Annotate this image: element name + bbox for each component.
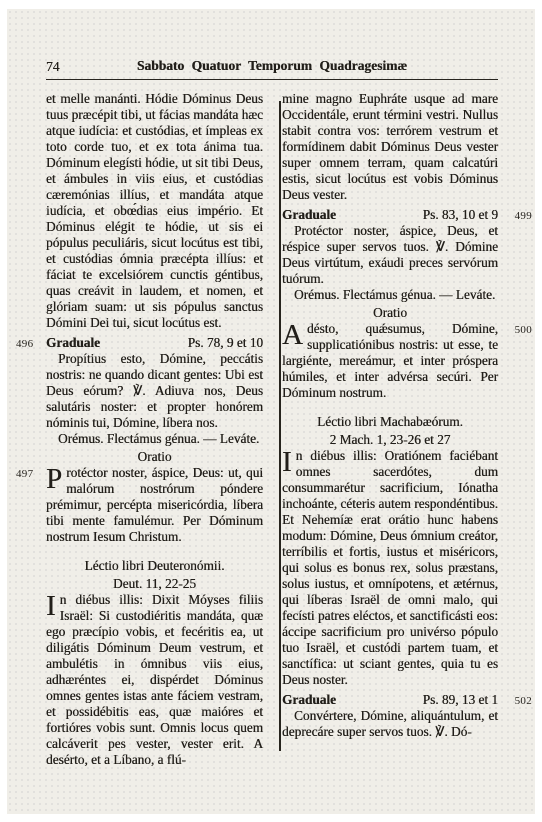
gradual-label: Graduale [46,335,100,351]
drop-cap: A [282,321,307,348]
header-rule [46,79,498,80]
paragraph-text: n diébus illis: Dixit Móyses filiis Isra… [46,592,263,767]
prayer-paragraph: In diébus illis: Dixit Móyses filiis Isr… [46,592,263,768]
left-column: et melle manánti. Hódie Dóminus Deus tuu… [46,91,263,768]
margin-number: 500 [515,322,532,338]
gradual-heading-row: GradualePs. 83, 10 et 9499 [282,207,498,223]
page-content: 74 Sabbato Quatuor Temporum Quadragesimæ… [46,58,498,768]
section-heading: 2 Mach. 1, 23-26 et 27 [282,432,498,448]
margin-number: 499 [515,208,532,224]
page-header: 74 Sabbato Quatuor Temporum Quadragesimæ [46,58,498,75]
section-heading: Oratio [282,305,498,321]
running-title: Sabbato Quatuor Temporum Quadragesimæ [46,58,498,74]
prayer-paragraph: Adésto, quǽsumus, Dómine, supplicatiónib… [282,321,498,401]
prayer-paragraph: Protéctor noster, áspice, Deus: ut, qui … [46,465,263,545]
psalm-reference: Ps. 89, 13 et 1 [423,692,498,708]
margin-number: 502 [515,693,532,709]
paragraph: Protéctor noster, áspice, Deus, et réspi… [282,223,498,287]
paragraph: Orémus. Flectámus génua. — Leváte. [46,431,263,447]
drop-cap: I [282,448,296,475]
paragraph-text: rotéctor noster, áspice, Deus: ut, qui m… [46,465,263,544]
paragraph-text: désto, quǽsumus, Dómine, supplicatiónibu… [282,321,498,400]
section-heading: Léctio libri Machabæórum. [282,414,498,430]
drop-cap: I [46,592,60,619]
right-column: mine magno Euphráte usque ad mare Occide… [282,91,498,768]
paragraph: Propítius esto, Dómine, peccátis nostris… [46,351,263,431]
section-heading: Léctio libri Deuteronómii. [46,558,263,574]
margin-number: 496 [16,336,33,352]
text-columns: et melle manánti. Hódie Dóminus Deus tuu… [46,91,498,768]
section-heading: Oratio [46,449,263,465]
paragraph: Convértere, Dómine, aliquántulum, et dep… [282,708,498,740]
paragraph: et melle manánti. Hódie Dóminus Deus tuu… [46,91,263,331]
gradual-label: Graduale [282,207,336,223]
psalm-reference: Ps. 83, 10 et 9 [423,207,498,223]
psalm-reference: Ps. 78, 9 et 10 [188,335,263,351]
section-heading: Deut. 11, 22-25 [46,576,263,592]
gradual-heading-row: GradualePs. 78, 9 et 10496 [46,335,263,351]
margin-number: 497 [16,466,33,482]
gradual-heading-row: GradualePs. 89, 13 et 1502 [282,692,498,708]
prayer-paragraph: In diébus illis: Oratiónem faciébant omn… [282,448,498,688]
paragraph: mine magno Euphráte usque ad mare Occide… [282,91,498,203]
paragraph: Orémus. Flectámus génua. — Leváte. [282,287,498,303]
drop-cap: P [46,465,66,492]
paragraph-text: n diébus illis: Oratiónem faciébant omne… [282,448,498,687]
gradual-label: Graduale [282,692,336,708]
